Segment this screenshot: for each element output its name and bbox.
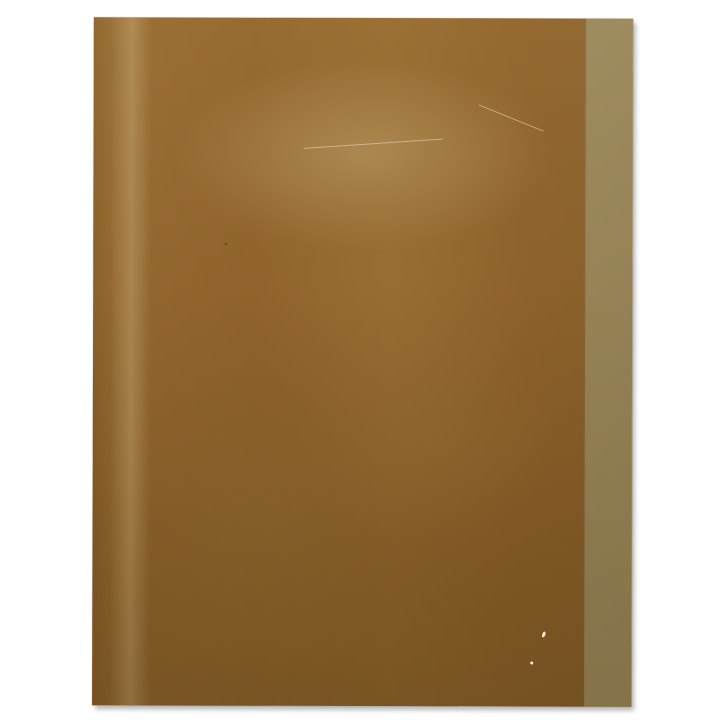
- paper-crease: [304, 138, 444, 148]
- dark-speck: [149, 401, 151, 403]
- right-edge-strip: [584, 19, 634, 707]
- dark-speck: [224, 243, 227, 246]
- bottom-discoloration: [92, 445, 632, 706]
- aged-paper-sheet: [92, 17, 633, 706]
- photo-scene: [0, 0, 720, 720]
- white-speck: [530, 661, 533, 664]
- paper-crease: [478, 104, 543, 131]
